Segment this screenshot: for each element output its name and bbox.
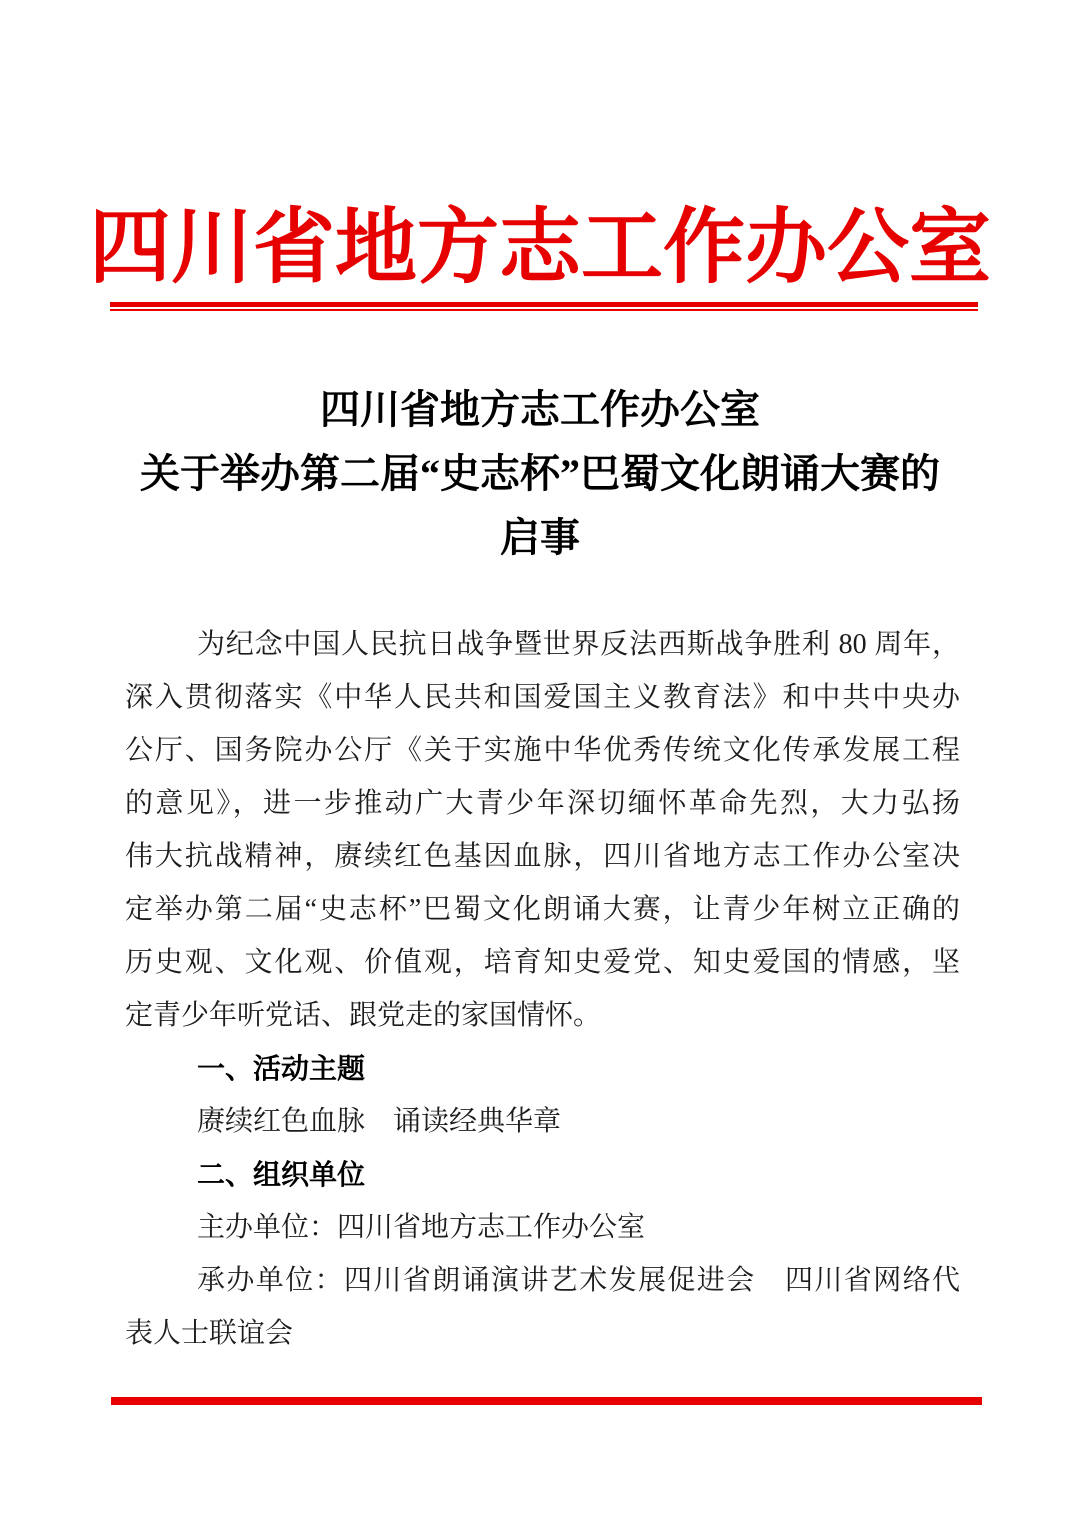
intro-line: 定青少年听党话、跟党走的家国情怀。 <box>125 989 960 1042</box>
document-body: 为纪念中国人民抗日战争暨世界反法西斯战争胜利 80 周年， 深入贯彻落实《中华人… <box>125 618 960 1360</box>
document-title-line-3: 启事 <box>0 506 1080 570</box>
organizer-unit-line-1: 承办单位：四川省朗诵演讲艺术发展促进会 四川省网络代 <box>125 1254 960 1307</box>
document-title: 四川省地方志工作办公室 关于举办第二届“史志杯”巴蜀文化朗诵大赛的 启事 <box>0 378 1080 570</box>
intro-line: 历史观、文化观、价值观，培育知史爱党、知史爱国的情感，坚 <box>125 936 960 989</box>
intro-line: 公厅、国务院办公厅《关于实施中华优秀传统文化传承发展工程 <box>125 724 960 777</box>
letterhead-title: 四川省地方志工作办公室 <box>0 196 1080 300</box>
activity-theme-text: 赓续红色血脉 诵读经典华章 <box>125 1095 960 1148</box>
intro-line: 伟大抗战精神，赓续红色基因血脉，四川省地方志工作办公室决 <box>125 830 960 883</box>
intro-line: 深入贯彻落实《中华人民共和国爱国主义教育法》和中共中央办 <box>125 671 960 724</box>
document-page: 四川省地方志工作办公室 四川省地方志工作办公室 关于举办第二届“史志杯”巴蜀文化… <box>0 0 1080 1527</box>
section-heading-organizers: 二、组织单位 <box>125 1148 960 1201</box>
document-title-line-1: 四川省地方志工作办公室 <box>0 378 1080 442</box>
letterhead-divider-thin-line <box>110 309 978 311</box>
intro-line: 为纪念中国人民抗日战争暨世界反法西斯战争胜利 80 周年， <box>125 618 960 671</box>
document-title-line-2: 关于举办第二届“史志杯”巴蜀文化朗诵大赛的 <box>0 442 1080 506</box>
intro-line: 的意见》，进一步推动广大青少年深切缅怀革命先烈，大力弘扬 <box>125 777 960 830</box>
section-heading-activity-theme: 一、活动主题 <box>125 1042 960 1095</box>
letterhead-divider <box>110 302 978 311</box>
intro-line: 定举办第二届“史志杯”巴蜀文化朗诵大赛，让青少年树立正确的 <box>125 883 960 936</box>
footer-divider <box>111 1397 982 1405</box>
organizer-unit-line-2: 表人士联谊会 <box>125 1307 960 1360</box>
host-unit-line: 主办单位：四川省地方志工作办公室 <box>125 1201 960 1254</box>
